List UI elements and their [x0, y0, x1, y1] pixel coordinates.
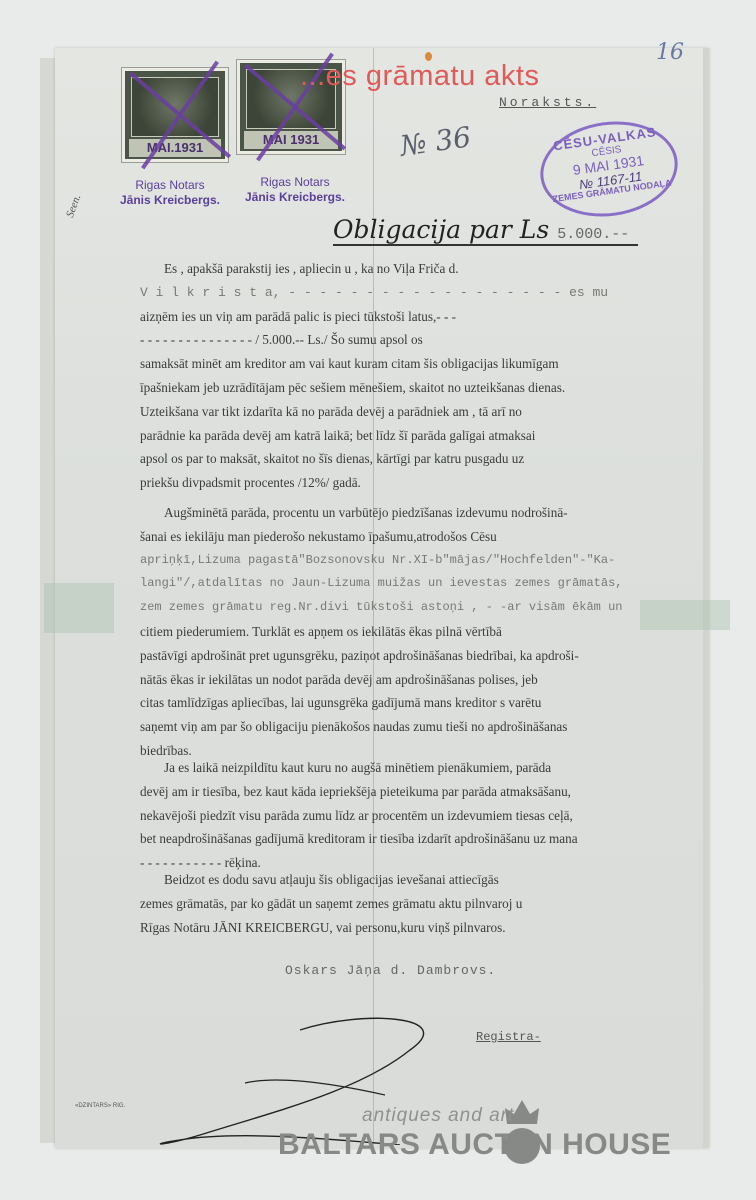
- paragraph-2: Augšminētā parāda, procentu un varbūtējo…: [140, 501, 640, 763]
- document-title: Obligacija par Ls5.000.--: [333, 215, 638, 246]
- text-line: nekavējoši piedzīt visu parāda zumu līdz…: [140, 804, 640, 828]
- text-line: aizņēm ies un viņ am parādā palic is pie…: [140, 305, 640, 329]
- text-line: Uzteikšana var tikt izdarīta kā no parād…: [140, 400, 640, 424]
- page-number: 16: [656, 40, 684, 65]
- watermark-brand: BALTARS AUCTI N HOUSE: [278, 1128, 671, 1162]
- text-line: nātās ēkas ir iekilātas un nodot parāda …: [140, 668, 640, 692]
- notary-stamp-1: Rigas Notars Jānis Kreicbergs.: [115, 178, 225, 208]
- notary-stamp-2: Rigas Notars Jānis Kreicbergs.: [240, 175, 350, 205]
- printer-mark: «DZINTARS» RIG.: [75, 1103, 125, 1109]
- tape-left: [44, 583, 114, 633]
- notary-name: Jānis Kreicbergs.: [240, 190, 350, 205]
- text-line: zem zemes grāmatu reg.Nr.divi tūkstoši a…: [140, 596, 640, 620]
- text-line: saņemt viņ am par šo obligaciju pienākoš…: [140, 715, 640, 739]
- text-line: Ja es laikā neizpildītu kaut kuru no aug…: [140, 756, 640, 780]
- notary-title: Rigas Notars: [240, 175, 350, 190]
- revenue-stamp-1: MAI.1931: [122, 68, 228, 162]
- text-line: priekšu divpadsmit procentes /12%/ gadā.: [140, 471, 640, 495]
- text-line: īpašniekam jeb uzrādītājam pēc sešiem mē…: [140, 376, 640, 400]
- text-line: V i l k r i s t a, - - - - - - - - - - -…: [140, 281, 640, 305]
- notary-title: Rigas Notars: [115, 178, 225, 193]
- text-line: apsol os par to maksāt, skaitot no šīs d…: [140, 447, 640, 471]
- text-line: - - - - - - - - - - - - - - - / 5.000.--…: [140, 328, 640, 352]
- text-line: citiem piederumiem. Turklāt es apņem os …: [140, 620, 640, 644]
- registra-label: Registra-: [476, 1030, 541, 1044]
- text-line: Es , apakšā parakstij ies , apliecin u ,…: [140, 257, 640, 281]
- paragraph-4: Beidzot es dodu savu atļauju šis obligac…: [140, 868, 640, 939]
- paragraph-3: Ja es laikā neizpildītu kaut kuru no aug…: [140, 756, 640, 875]
- copy-label: Noraksts.: [499, 95, 596, 110]
- text-line: parādnie ka parāda devēj am katrā laikā;…: [140, 424, 640, 448]
- title-label: Obligacija par Ls: [333, 215, 549, 244]
- text-line: bet neapdrošināšanas gadījumā kreditoram…: [140, 827, 640, 851]
- header-title: ...es grāmatu akts: [300, 60, 540, 93]
- typed-signatory-name: Oskars Jāņa d. Dambrovs.: [285, 963, 496, 978]
- paragraph-1: Es , apakšā parakstij ies , apliecin u ,…: [140, 257, 640, 495]
- notary-name: Jānis Kreicbergs.: [115, 193, 225, 208]
- text-line: Augšminētā parāda, procentu un varbūtējo…: [140, 501, 640, 525]
- text-line: langi"/,atdalītas no Jaun-Lizuma muižas …: [140, 572, 640, 596]
- text-line: apriņķī,Lizuma pagastā"Bozsonovsku Nr.XI…: [140, 549, 640, 573]
- text-line: devēj am ir tiesība, bez kaut kāda iepri…: [140, 780, 640, 804]
- text-line: Beidzot es dodu savu atļauju šis obligac…: [140, 868, 640, 892]
- text-line: samaksāt minēt am kreditor am vai kaut k…: [140, 352, 640, 376]
- stamp-date: MAI.1931: [129, 139, 221, 157]
- text-line: šanai es iekilāju man piederošo nekustam…: [140, 525, 640, 549]
- text-line: pastāvīgi apdrošināt pret ugunsgrēku, pa…: [140, 644, 640, 668]
- watermark-tagline: antiques and art: [362, 1105, 514, 1127]
- tape-right: [640, 600, 730, 630]
- text-line: citas tamlīdzīgas apliecības, lai ugunsg…: [140, 691, 640, 715]
- title-amount: 5.000.--: [557, 226, 629, 243]
- text-line: Rīgas Notāru JĀNI KREICBERGU, vai person…: [140, 916, 640, 940]
- text-line: zemes grāmatās, par ko gādāt un saņemt z…: [140, 892, 640, 916]
